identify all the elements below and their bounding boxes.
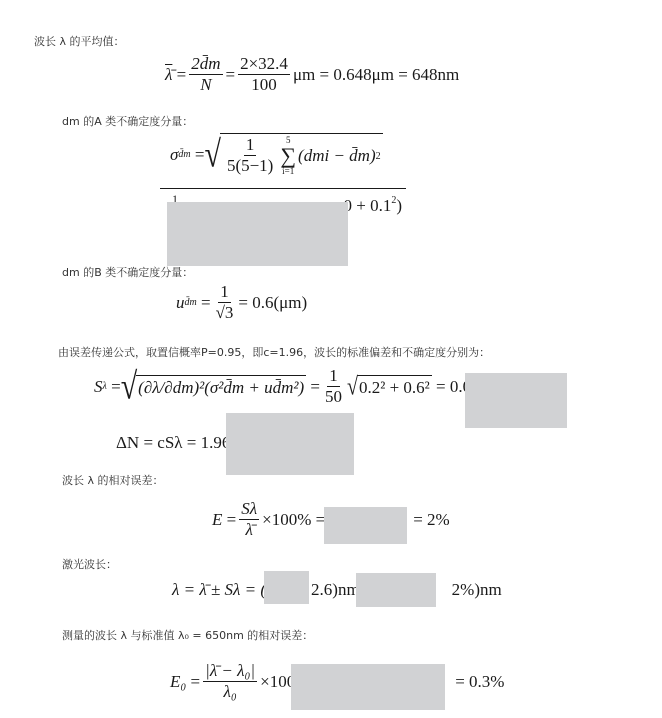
equation-mean-wavelength: λ̄ = 2d̄mN= 2×32.4100 μm = 0.648μm = 648… — [165, 55, 459, 94]
heading-relative-error: 波长 λ 的相对误差： — [62, 472, 164, 488]
heading-standard-value-error: 测量的波长 λ 与标准值 λ₀ = 650nm 的相对误差： — [62, 627, 313, 643]
equation-laser-wavelength: λ = λ̄ ± Sλ = ( 2.6)nm 2%)nm — [172, 580, 502, 600]
equation-type-a-uncertainty: σd̄m = √ 15(5−1) 5∑i=1 (dmi − d̄m)2 — [170, 133, 383, 176]
equation-standard-deviation: Sλ = √(∂λ/∂dm)²(σ²d̄m + ud̄m²) = 150 √0.… — [94, 367, 511, 406]
redaction-box — [167, 202, 348, 266]
redaction-box — [356, 573, 436, 607]
redaction-box — [324, 507, 407, 544]
equation-type-b-uncertainty: ud̄m = 1√3 = 0.6(μm) — [176, 283, 307, 322]
fraction: 2×32.4100 — [238, 55, 290, 94]
heading-mean-wavelength: 波长 λ 的平均值： — [34, 33, 125, 49]
redaction-box — [465, 373, 567, 428]
fraction: 2d̄mN — [189, 55, 222, 94]
heading-laser-wavelength: 激光波长： — [62, 556, 117, 572]
heading-type-b-uncertainty: dm 的B 类不确定度分量： — [62, 264, 193, 280]
heading-type-a-uncertainty: dm 的A 类不确定度分量： — [62, 113, 193, 129]
redaction-box — [226, 413, 354, 475]
sum-symbol: 5∑i=1 — [280, 136, 296, 176]
redaction-box — [291, 664, 445, 710]
redaction-box — [264, 571, 309, 604]
equation-uncertainty-delta-n: ΔN = cSλ = 1.96× — [116, 433, 240, 453]
heading-error-propagation: 由误差传递公式，取置信概率P=0.95，即c=1.96，波长的标准偏差和不确定度… — [58, 344, 490, 360]
